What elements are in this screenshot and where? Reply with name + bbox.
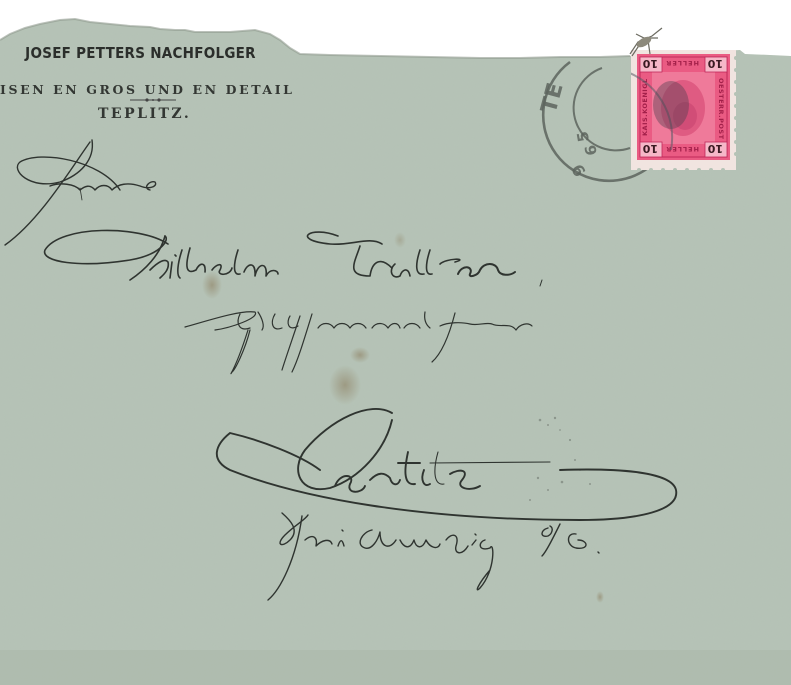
envelope: JOSEF PETTERS NACHFOLGER ISEN EN GROS UN… (0, 0, 791, 685)
locality-handwriting (268, 513, 599, 600)
name-handwriting (45, 230, 542, 286)
town-handwriting (217, 409, 676, 520)
salutation-handwriting (5, 140, 156, 245)
handwritten-address (0, 0, 791, 685)
occupation-handwriting (185, 312, 532, 374)
